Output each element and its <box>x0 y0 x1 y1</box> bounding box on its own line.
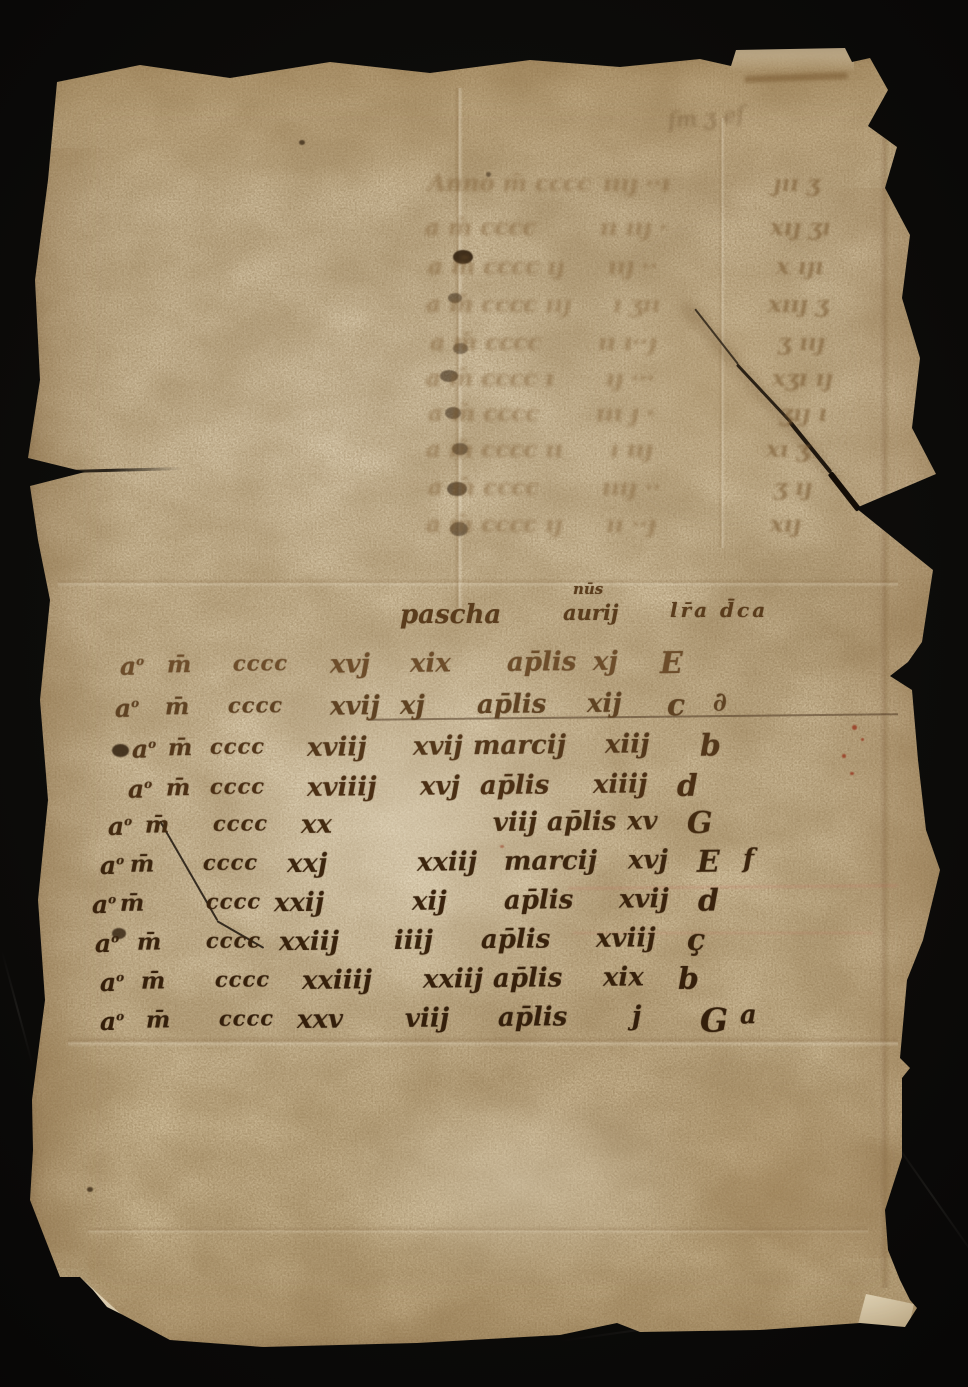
column-header-pascha: pascha <box>400 600 501 630</box>
cell-cccc: cccc <box>206 927 261 953</box>
cell-aureus: xvj <box>628 845 668 875</box>
cell-littera-extra: f <box>743 844 755 874</box>
cell-aureus: xiiij <box>593 769 648 800</box>
anno-sup: o <box>116 971 124 985</box>
cell-anno: ao <box>128 775 153 804</box>
cell-pascha-month: ap̄lis <box>493 963 563 994</box>
cell-aureus: xv <box>627 806 658 836</box>
cell-pascha-day: xxiij <box>417 847 477 878</box>
cell-aureus: xviij <box>596 923 656 954</box>
cell-cccc: cccc <box>215 966 270 992</box>
faded-text: xııȷ ʒ <box>768 291 829 318</box>
cell-cccc: cccc <box>213 810 268 836</box>
cell-millesimo: m̄ <box>166 774 191 801</box>
table-row: ao m̄ cccc xxv viij ap̄lis j G a <box>28 998 953 1054</box>
cell-cccc: cccc <box>228 692 283 718</box>
cell-millesimo: m̄ <box>141 967 166 994</box>
cell-millesimo: m̄ <box>130 851 155 878</box>
faded-text: a m̄ cccc ı <box>426 365 554 392</box>
cell-cccc: cccc <box>233 650 288 676</box>
anno-sup: o <box>116 854 124 868</box>
cell-anno: ao <box>100 851 125 880</box>
faded-text: ıı ··ȷ <box>606 511 656 538</box>
faded-text: a m̄ cccc <box>428 474 539 501</box>
cell-littera-extra: a <box>740 1000 757 1030</box>
cell-pascha-day: viij <box>405 1003 450 1033</box>
anno-label: a <box>132 735 149 764</box>
faded-row: a m̄ cccc ıȷııȷ ··x ıȷı <box>28 253 953 293</box>
cell-littera: E <box>697 845 720 880</box>
faded-row: Anno m̄ ccccıııȷ ··ıȷıı ʒ <box>28 170 953 210</box>
faded-text: a m̄ cccc ıȷ <box>428 253 564 280</box>
cell-littera: ç <box>687 923 706 958</box>
faded-text: x ıȷı <box>776 253 824 280</box>
wormhole-speck <box>87 1187 93 1192</box>
faded-row: a m̄ ccccıı ııȷ ·xıȷ ʒı <box>28 214 953 254</box>
horizontal-fold-crease <box>58 578 898 587</box>
faded-text: xıȷ <box>770 511 801 538</box>
parchment-leaf: ſm ʒ eſ Anno m̄ ccccıııȷ ··ıȷıı ʒ a m̄ c… <box>28 48 953 1353</box>
cell-aureus: xvij <box>619 884 669 915</box>
cell-year: xxiij <box>279 927 339 958</box>
cell-pascha-day: iiij <box>394 926 433 956</box>
faded-row: a m̄ ccccıııȷ ··ʒ ıȷ <box>28 474 953 514</box>
faded-row: a m̄ cccc ıȷıı ··ȷxıȷ <box>28 511 953 551</box>
cell-year: xvij <box>330 691 380 722</box>
faded-row: a m̄ cccc ııȷı ʒııxııȷ ʒ <box>28 291 953 331</box>
anno-sup: o <box>108 893 116 907</box>
faded-row: a m̄ cccc ııı ııȷxı ʒ <box>28 436 953 476</box>
anno-label: a <box>100 851 117 880</box>
cell-littera-extra: ∂ <box>713 688 727 718</box>
faded-text: Anno m̄ cccc <box>428 170 591 197</box>
cell-aureus: xiij <box>605 729 650 759</box>
cell-littera: b <box>678 962 699 997</box>
cell-cccc: cccc <box>210 773 265 799</box>
cell-pascha-month: ap̄lis <box>504 885 574 916</box>
cell-pascha-day: xix <box>410 648 451 678</box>
faded-text: a m̄ cccc ıȷ <box>426 511 562 538</box>
faded-text: ıııȷ ··ı <box>603 170 670 197</box>
faded-text: ıı ııȷ · <box>600 214 667 241</box>
cell-pascha-month: ap̄lis <box>547 807 617 838</box>
anno-label: a <box>108 812 125 841</box>
faded-text: xı ʒ <box>766 436 810 463</box>
faded-text: a m̄ cccc <box>425 214 536 241</box>
faded-text: ʒ ıȷ <box>774 474 812 501</box>
cell-littera: G <box>687 806 713 841</box>
cell-pascha-day: xvj <box>420 771 460 801</box>
faded-row: a m̄ ccccıı ı··ȷʒ ııȷ <box>28 329 953 369</box>
cell-year: xxv <box>297 1005 343 1035</box>
cell-anno: ao <box>108 812 133 841</box>
cell-cccc: cccc <box>219 1005 274 1031</box>
anno-sup: o <box>111 932 119 946</box>
anno-label: a <box>115 694 132 723</box>
faded-text: ıȷ ··· <box>606 365 655 392</box>
faded-text: ı ııȷ <box>610 436 653 463</box>
faded-text: a m̄ cccc ıı <box>426 436 563 463</box>
cell-year: xxj <box>287 849 328 879</box>
anno-sup: o <box>131 696 139 710</box>
cell-aureus: xj <box>593 647 618 677</box>
cell-pascha-month: marcij <box>504 846 597 877</box>
column-header-aureus-numerus: aurij <box>563 600 619 625</box>
cell-millesimo: m̄ <box>146 1006 171 1033</box>
column-header-aureus-numerus-top: nūs <box>573 580 603 598</box>
faded-text: xıȷ ʒı <box>770 214 831 241</box>
anno-label: a <box>128 775 145 804</box>
dark-speck <box>299 140 305 145</box>
cell-littera: c <box>667 688 686 723</box>
cell-year: xviiij <box>307 772 377 803</box>
cell-pascha-month: ap̄lis <box>480 770 550 801</box>
anno-sup: o <box>148 737 156 751</box>
cell-pascha-day: xj <box>400 691 425 721</box>
column-header-littera-dominicalis: lr̄a d̄ca <box>670 598 768 622</box>
faded-text: ı ʒıı <box>613 291 660 318</box>
dark-patch-bottom-right <box>648 1048 898 1318</box>
anno-sup: o <box>136 654 144 668</box>
cell-anno: ao <box>120 652 145 681</box>
cell-littera: b <box>700 729 721 764</box>
anno-label: a <box>92 890 109 919</box>
cell-pascha-month: ap̄lis <box>477 689 547 720</box>
faded-text: ʒ ııȷ <box>778 329 825 356</box>
cell-littera: E <box>660 646 683 681</box>
cell-anno: ao <box>100 1007 125 1036</box>
cell-year: xxij <box>274 888 325 919</box>
cell-littera: G <box>700 1001 729 1040</box>
faded-text: ıııȷ ·· <box>602 474 661 501</box>
cell-aureus: xij <box>587 689 622 719</box>
cell-pascha-day: xvij <box>413 731 463 762</box>
faded-text: a m̄ cccc <box>430 329 541 356</box>
faded-text: xʒı ıȷ <box>772 365 833 392</box>
cell-millesimo: m̄ <box>137 928 162 955</box>
cell-anno: ao <box>115 694 140 723</box>
anno-sup: o <box>124 814 132 828</box>
cell-anno: ao <box>95 929 120 958</box>
cell-millesimo: m̄ <box>167 651 192 678</box>
faded-text: ıı ı··ȷ <box>598 329 657 356</box>
cell-anno: ao <box>92 890 117 919</box>
cell-year: xviij <box>307 732 367 763</box>
cell-pascha-day: viij <box>493 808 538 838</box>
faded-row: a m̄ ccccııı ȷ ·ʒıȷ ı <box>28 400 953 440</box>
cell-littera: d <box>677 769 698 804</box>
cell-cccc: cccc <box>206 888 261 914</box>
anno-label: a <box>120 652 137 681</box>
cell-pascha-month: marcij <box>473 730 566 761</box>
faded-text: a m̄ cccc ııȷ <box>426 291 571 318</box>
cell-cccc: cccc <box>203 849 258 875</box>
anno-label: a <box>100 968 117 997</box>
anno-label: a <box>95 929 112 958</box>
cell-millesimo: m̄ <box>165 693 190 720</box>
cell-littera: d <box>698 884 719 919</box>
anno-label: a <box>100 1007 117 1036</box>
cell-year: xxiiij <box>302 965 372 996</box>
cell-aureus: j <box>632 1001 642 1031</box>
faded-text: ııı ȷ · <box>596 400 655 427</box>
cell-cccc: cccc <box>210 733 265 759</box>
faded-text: ȷıı ʒ <box>773 170 820 197</box>
faded-row: a m̄ cccc ııȷ ···xʒı ıȷ <box>28 365 953 405</box>
cell-pascha-day: xxiij <box>423 964 483 995</box>
faded-text: ʒıȷ ı <box>780 400 827 427</box>
cell-anno: ao <box>100 968 125 997</box>
cell-year: xx <box>301 810 332 840</box>
cell-pascha-month: ap̄lis <box>507 647 577 678</box>
cell-pascha-day: xij <box>412 886 447 916</box>
anno-sup: o <box>144 777 152 791</box>
cell-millesimo: m̄ <box>120 890 145 917</box>
anno-sup: o <box>116 1010 124 1024</box>
cell-millesimo: m̄ <box>168 734 193 761</box>
cell-pascha-month: ap̄lis <box>498 1002 568 1033</box>
cell-aureus: xix <box>603 962 644 992</box>
cell-year: xvj <box>330 649 370 679</box>
cell-pascha-month: ap̄lis <box>481 924 551 955</box>
cell-anno: ao <box>132 735 157 764</box>
faded-text: ııȷ ·· <box>608 253 658 280</box>
cell-millesimo: m̄ <box>145 811 170 838</box>
top-edge-tab <box>730 48 854 72</box>
faded-text: a m̄ cccc <box>428 400 539 427</box>
